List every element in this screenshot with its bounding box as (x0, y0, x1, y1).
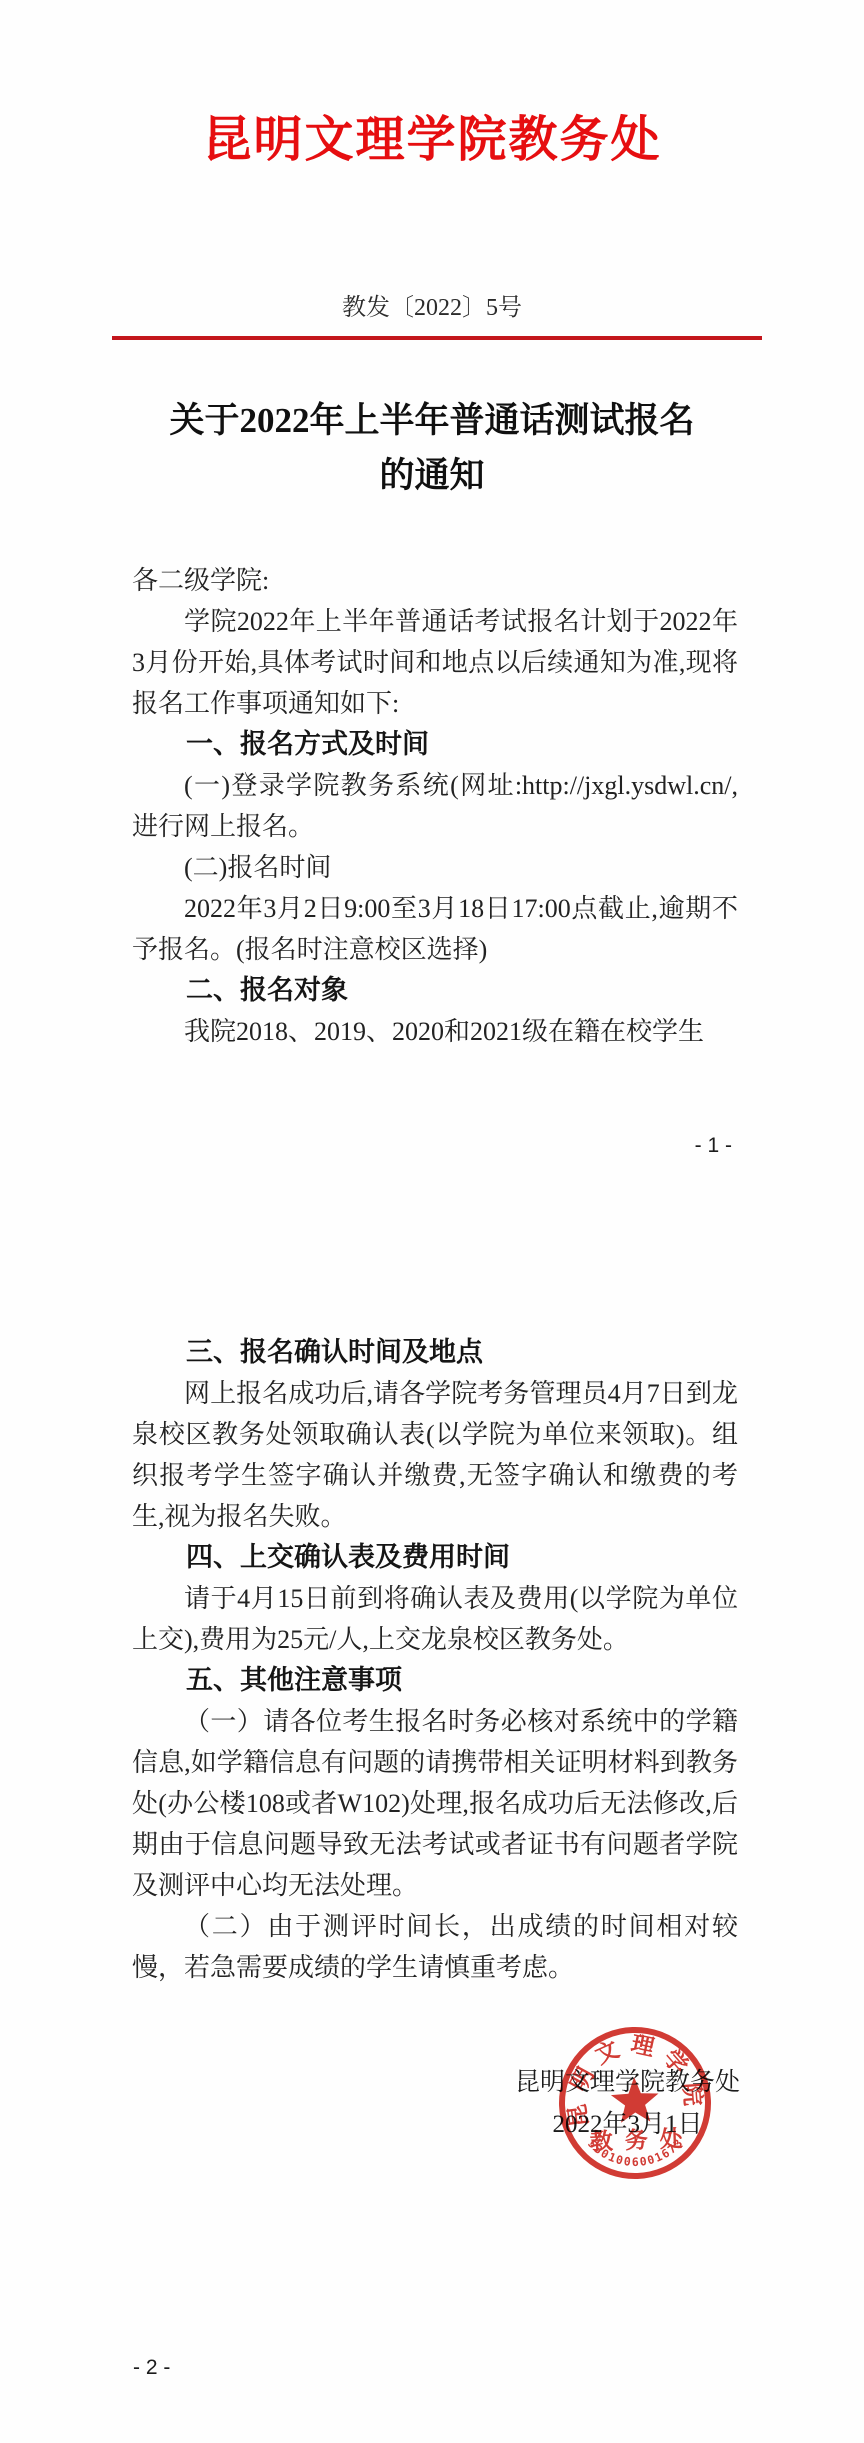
red-star-icon (610, 2076, 659, 2123)
page-number-2: - 2 - (133, 2356, 170, 2380)
page1-body: 各二级学院: 学院2022年上半年普通话考试报名计划于2022年3月份开始,具体… (132, 560, 738, 1052)
notice-title: 关于2022年上半年普通话测试报名 的通知 (0, 393, 864, 503)
letterhead-title: 昆明文理学院教务处 (0, 110, 864, 170)
official-seal: 昆明文理学院 教务处 5301006001673 (551, 2019, 719, 2187)
paragraph: 五、其他注意事项 (132, 1660, 738, 1701)
paragraph: (一)登录学院教务系统(网址:http://jxgl.ysdwl.cn/,进行网… (132, 765, 738, 847)
paragraph: 一、报名方式及时间 (132, 724, 738, 765)
paragraph: (二)报名时间 (132, 847, 738, 888)
paragraph: 四、上交确认表及费用时间 (132, 1537, 738, 1578)
paragraph: （二）由于测评时间长，出成绩的时间相对较慢，若急需要成绩的学生请慎重考虑。 (132, 1906, 738, 1988)
paragraph: 二、报名对象 (132, 970, 738, 1011)
paragraph: 网上报名成功后,请各学院考务管理员4月7日到龙泉校区教务处领取确认表(以学院为单… (132, 1373, 738, 1537)
notice-title-line2: 的通知 (0, 448, 864, 503)
doc-number: 教发〔2022〕5号 (0, 292, 864, 324)
paragraph: （一）请各位考生报名时务必核对系统中的学籍信息,如学籍信息有问题的请携带相关证明… (132, 1701, 738, 1906)
paragraph: 我院2018、2019、2020和2021级在籍在校学生 (132, 1011, 738, 1052)
salutation: 各二级学院: (132, 560, 738, 601)
notice-title-line1: 关于2022年上半年普通话测试报名 (0, 393, 864, 448)
page-number-1: - 1 - (695, 1134, 732, 1158)
paragraph: 请于4月15日前到将确认表及费用(以学院为单位上交),费用为25元/人,上交龙泉… (132, 1578, 738, 1660)
red-divider-line (112, 336, 762, 340)
paragraph: 2022年3月2日9:00至3月18日17:00点截止,逾期不予报名。(报名时注… (132, 888, 738, 970)
notice-document: 昆明文理学院教务处 教发〔2022〕5号 关于2022年上半年普通话测试报名 的… (0, 0, 864, 2443)
page2-body: 三、报名确认时间及地点 网上报名成功后,请各学院考务管理员4月7日到龙泉校区教务… (132, 1332, 738, 1988)
paragraph: 三、报名确认时间及地点 (132, 1332, 738, 1373)
paragraph: 学院2022年上半年普通话考试报名计划于2022年3月份开始,具体考试时间和地点… (132, 601, 738, 724)
